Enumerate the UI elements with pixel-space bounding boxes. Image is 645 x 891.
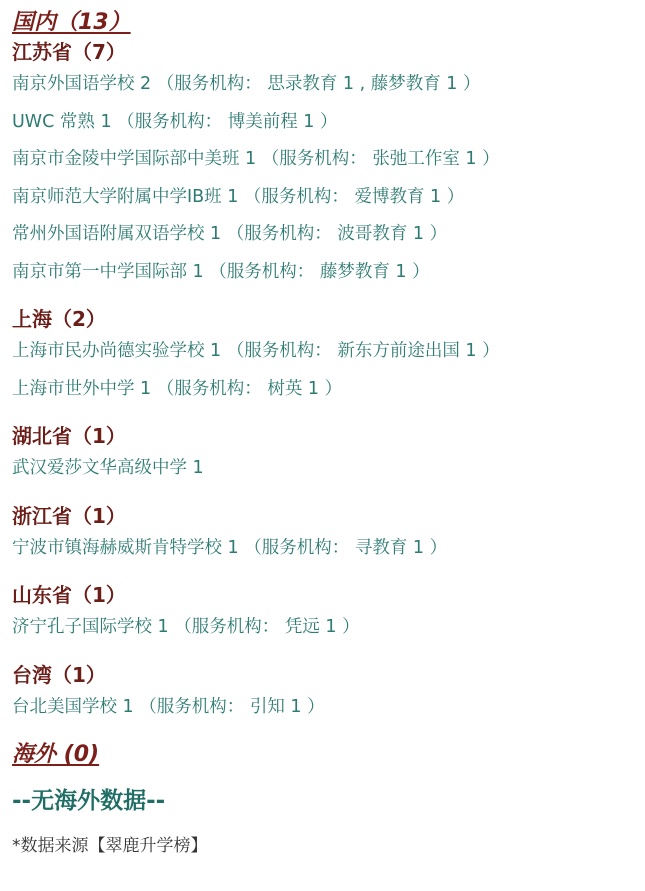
empty-state-message: --无海外数据-- <box>12 784 645 818</box>
school-item: 南京市金陵中学国际部中美班 1 （服务机构： 张弛工作室 1 ） <box>12 141 645 179</box>
region-title: 上海（2） <box>12 305 645 333</box>
school-item: 常州外国语附属双语学校 1 （服务机构： 波哥教育 1 ） <box>12 216 645 254</box>
domestic-section-title: 国内（13） <box>12 8 645 38</box>
region-shandong: 山东省（1） 济宁孔子国际学校 1 （服务机构： 凭远 1 ） <box>12 581 645 647</box>
school-item: 南京外国语学校 2 （服务机构： 思录教育 1 , 藤梦教育 1 ） <box>12 66 645 104</box>
data-source-note: *数据来源【翠鹿升学榜】 <box>12 832 645 860</box>
school-item: 武汉爱莎文华高级中学 1 <box>12 450 645 488</box>
region-zhejiang: 浙江省（1） 宁波市镇海赫威斯肯特学校 1 （服务机构： 寻教育 1 ） <box>12 502 645 568</box>
region-jiangsu: 江苏省（7） 南京外国语学校 2 （服务机构： 思录教育 1 , 藤梦教育 1 … <box>12 38 645 291</box>
school-item: 南京市第一中学国际部 1 （服务机构： 藤梦教育 1 ） <box>12 254 645 292</box>
region-title: 浙江省（1） <box>12 502 645 530</box>
school-item: 上海市世外中学 1 （服务机构： 树英 1 ） <box>12 371 645 409</box>
school-item: 宁波市镇海赫威斯肯特学校 1 （服务机构： 寻教育 1 ） <box>12 530 645 568</box>
school-item: 南京师范大学附属中学IB班 1 （服务机构： 爱博教育 1 ） <box>12 179 645 217</box>
region-shanghai: 上海（2） 上海市民办尚德实验学校 1 （服务机构： 新东方前途出国 1 ） 上… <box>12 305 645 408</box>
overseas-section-title: 海外 (0) <box>12 740 645 770</box>
school-item: 台北美国学校 1 （服务机构： 引知 1 ） <box>12 689 645 727</box>
region-title: 山东省（1） <box>12 581 645 609</box>
region-title: 湖北省（1） <box>12 422 645 450</box>
region-title: 台湾（1） <box>12 661 645 689</box>
region-hubei: 湖北省（1） 武汉爱莎文华高级中学 1 <box>12 422 645 488</box>
school-item: 上海市民办尚德实验学校 1 （服务机构： 新东方前途出国 1 ） <box>12 333 645 371</box>
region-title: 江苏省（7） <box>12 38 645 66</box>
school-item: UWC 常熟 1 （服务机构： 博美前程 1 ） <box>12 104 645 142</box>
region-taiwan: 台湾（1） 台北美国学校 1 （服务机构： 引知 1 ） <box>12 661 645 727</box>
school-list-page: 国内（13） 江苏省（7） 南京外国语学校 2 （服务机构： 思录教育 1 , … <box>0 0 645 860</box>
school-item: 济宁孔子国际学校 1 （服务机构： 凭远 1 ） <box>12 609 645 647</box>
